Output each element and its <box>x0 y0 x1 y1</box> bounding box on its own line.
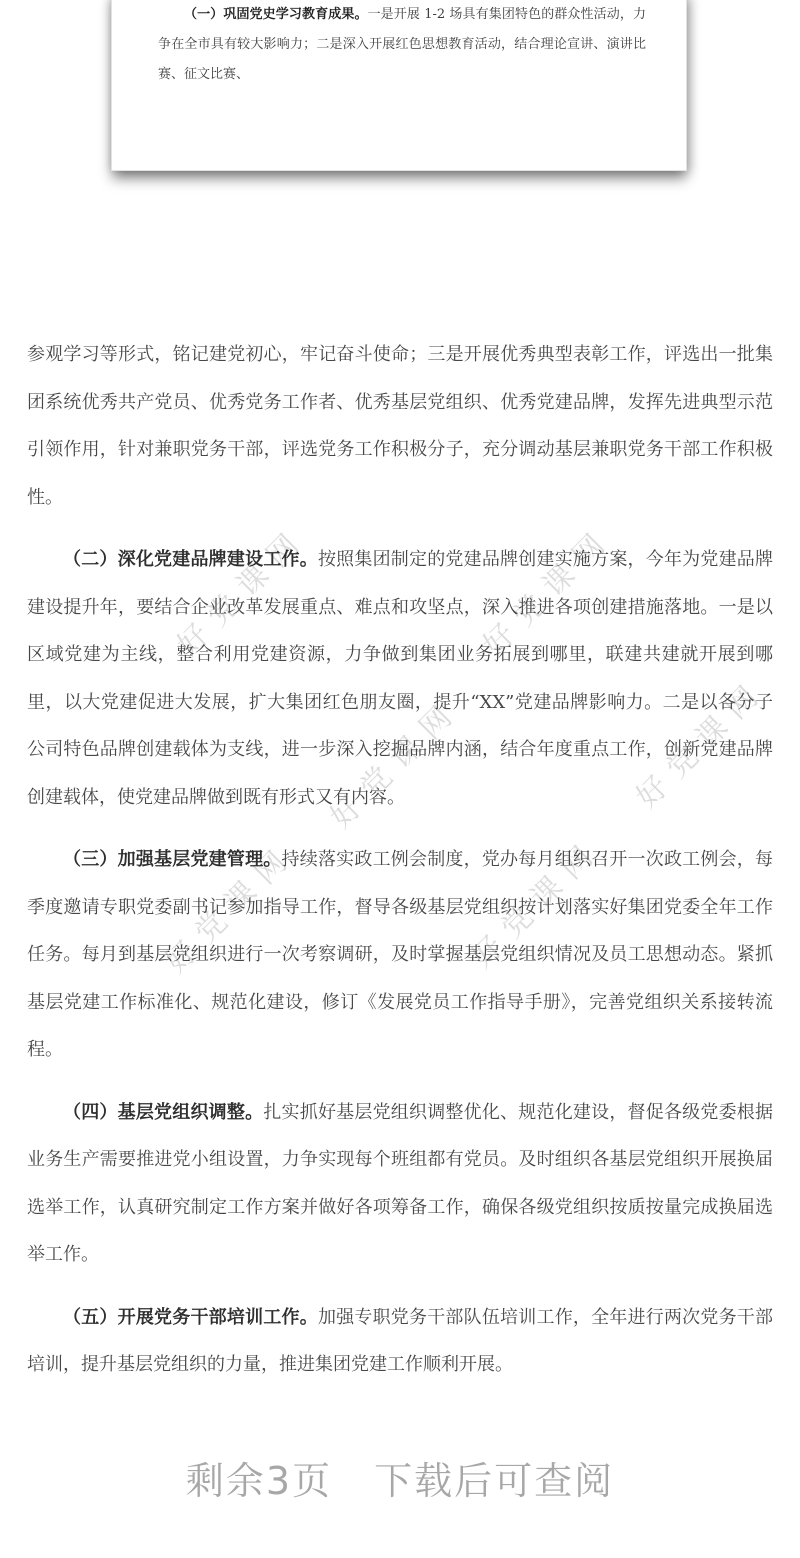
paragraph-3-heading: （三）加强基层党建管理。 <box>63 849 282 870</box>
preview-footer: 剩余3页下载后可查阅 <box>0 1450 800 1505</box>
paragraph-2-heading: （二）深化党建品牌建设工作。 <box>63 549 318 570</box>
paragraph-5-heading: （五）开展党务干部培训工作。 <box>63 1307 318 1328</box>
paragraph-3: （三）加强基层党建管理。持续落实政工例会制度，党办每月组织召开一次政工例会，每季… <box>27 836 773 1074</box>
previous-page-fragment: （一）巩固党史学习教育成果。一是开展 1-2 场具有集团特色的群众性活动，力争在… <box>111 0 687 171</box>
pages-remaining-label: 剩余3页 <box>186 1459 332 1503</box>
previous-page-text: （一）巩固党史学习教育成果。一是开展 1-2 场具有集团特色的群众性活动，力争在… <box>112 0 686 90</box>
download-hint-label: 下载后可查阅 <box>374 1459 614 1503</box>
document-page: 参观学习等形式，铭记建党初心，牢记奋斗使命；三是开展优秀典型表彰工作，评选出一批… <box>27 331 773 1389</box>
paragraph-4: （四）基层党组织调整。扎实抓好基层党组织调整优化、规范化建设，督促各级党委根据业… <box>27 1089 773 1279</box>
paragraph-5: （五）开展党务干部培训工作。加强专职党务干部队伍培训工作，全年进行两次党务干部培… <box>27 1294 773 1389</box>
paragraph-2: （二）深化党建品牌建设工作。按照集团制定的党建品牌创建实施方案，今年为党建品牌建… <box>27 536 773 821</box>
paragraph-4-heading: （四）基层党组织调整。 <box>63 1102 263 1123</box>
section-1-heading: （一）巩固党史学习教育成果。 <box>184 7 368 22</box>
paragraph-1: 参观学习等形式，铭记建党初心，牢记奋斗使命；三是开展优秀典型表彰工作，评选出一批… <box>27 331 773 521</box>
